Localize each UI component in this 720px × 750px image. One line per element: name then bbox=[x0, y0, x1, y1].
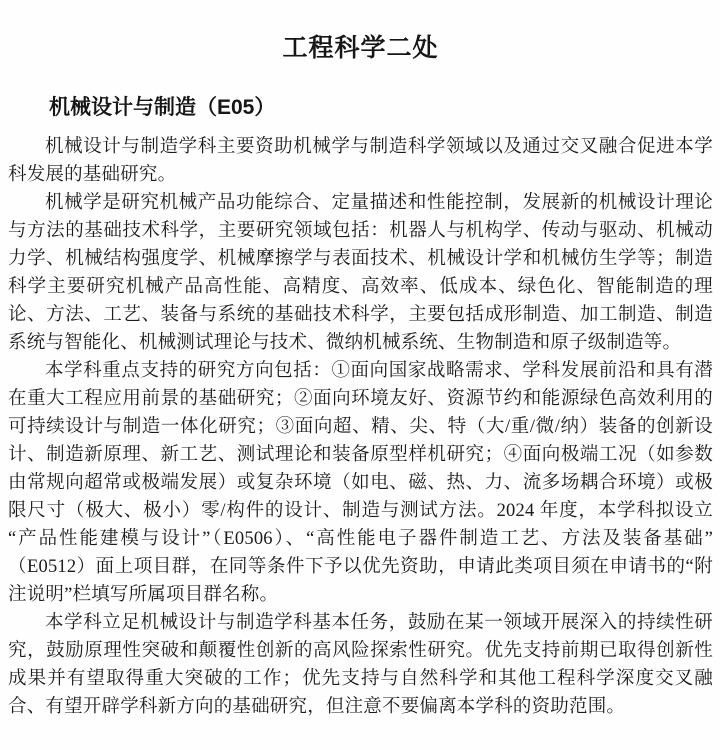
paragraph-funding-policy: 本学科立足机械设计与制造学科基本任务，鼓励在某一领域开展深入的持续性研究，鼓励原… bbox=[8, 609, 713, 721]
paragraph-intro: 机械设计与制造学科主要资助机械学与制造科学领域以及通过交叉融合促进本学科发展的基… bbox=[8, 133, 713, 189]
paragraph-priority-directions: 本学科重点支持的研究方向包括：①面向国家战略需求、学科发展前沿和具有潜在重大工程… bbox=[8, 357, 713, 609]
paragraph-scope: 机械学是研究机械产品功能综合、定量描述和性能控制，发展新的机械设计理论与方法的基… bbox=[8, 189, 713, 357]
page-title: 工程科学二处 bbox=[8, 34, 713, 62]
section-heading: 机械设计与制造（E05） bbox=[8, 96, 713, 120]
document-page: 工程科学二处 机械设计与制造（E05） 机械设计与制造学科主要资助机械学与制造科… bbox=[0, 0, 720, 750]
document-body: 机械设计与制造学科主要资助机械学与制造科学领域以及通过交叉融合促进本学科发展的基… bbox=[8, 133, 713, 721]
